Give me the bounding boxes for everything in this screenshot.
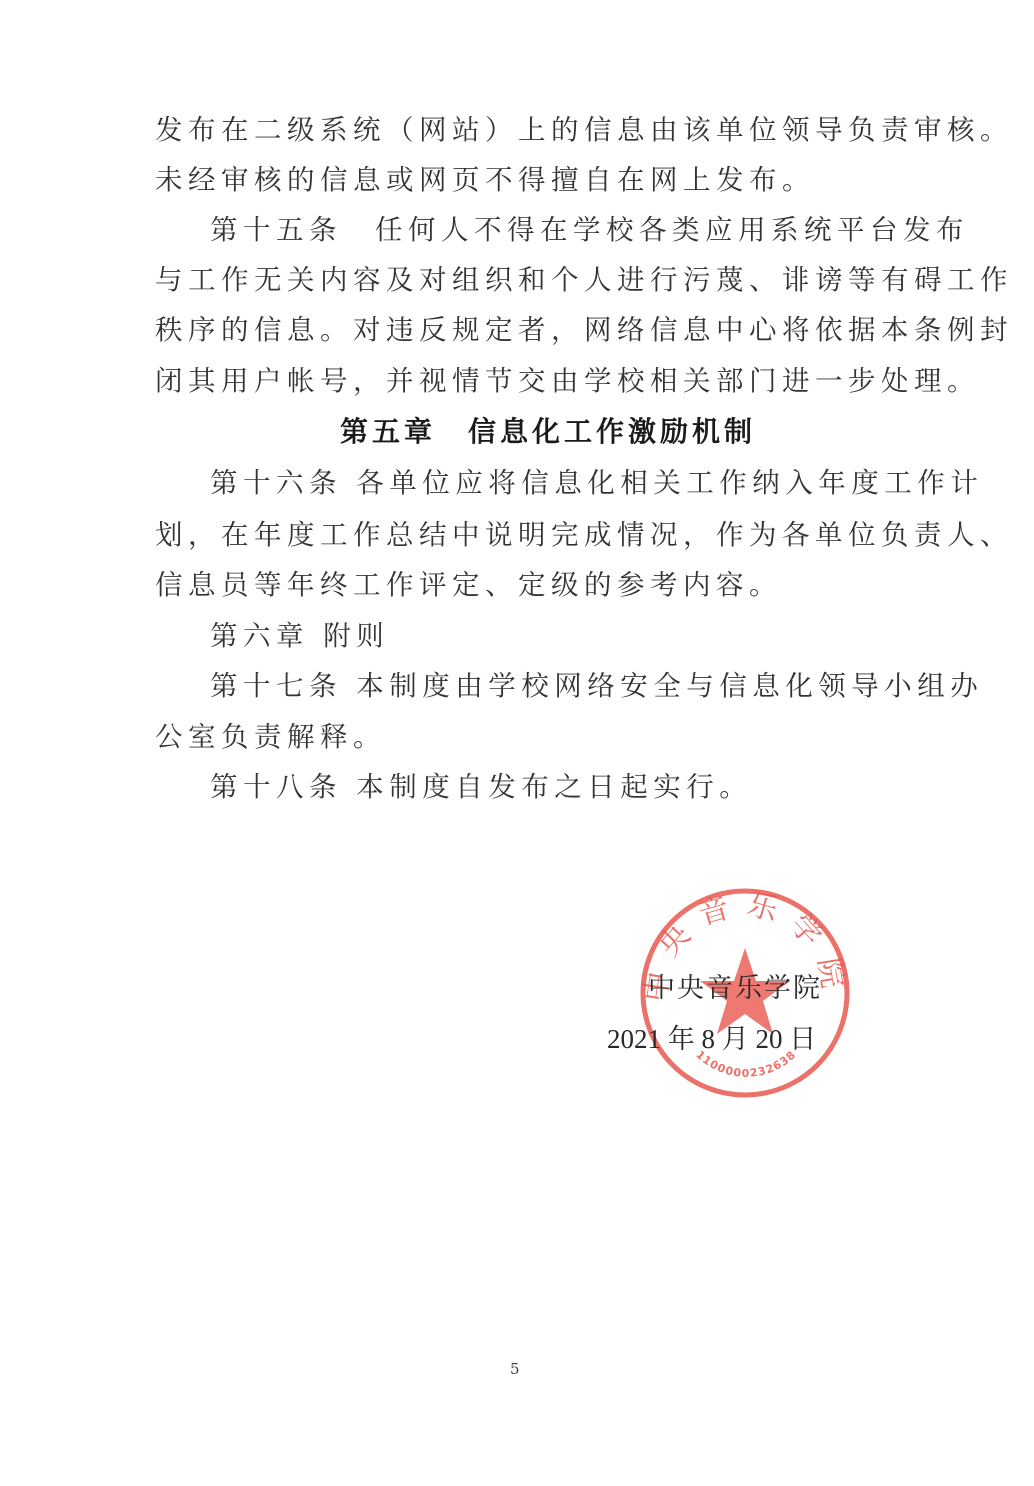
signature-date: 2021 年 8 月 20 日	[607, 1022, 816, 1056]
chapter-5-heading: 第五章 信息化工作激励机制	[340, 415, 756, 449]
article-18-line: 第十八条 本制度自发布之日起实行。	[210, 770, 752, 804]
signature-organization: 中央音乐学院	[648, 972, 822, 1006]
text-line: 秩序的信息。对违反规定者，网络信息中心将依据本条例封	[155, 313, 1013, 347]
chapter-6-heading: 第六章 附则	[210, 619, 389, 653]
article-15-line: 第十五条 任何人不得在学校各类应用系统平台发布	[210, 213, 969, 247]
text-line: 未经审核的信息或网页不得擅自在网上发布。	[155, 163, 815, 197]
article-16-line: 第十六条 各单位应将信息化相关工作纳入年度工作计	[210, 466, 983, 500]
text-line: 划，在年度工作总结中说明完成情况，作为各单位负责人、	[155, 518, 1013, 552]
text-line: 与工作无关内容及对组织和个人进行污蔑、诽谤等有碍工作	[155, 263, 1013, 297]
text-line: 信息员等年终工作评定、定级的参考内容。	[155, 568, 782, 602]
article-17-line: 第十七条 本制度由学校网络安全与信息化领导小组办	[210, 669, 983, 703]
text-line: 发布在二级系统（网站）上的信息由该单位领导负责审核。	[155, 113, 1013, 147]
page-number: 5	[510, 1360, 520, 1378]
text-line: 闭其用户帐号，并视情节交由学校相关部门进一步处理。	[155, 364, 980, 398]
text-line: 公室负责解释。	[155, 720, 386, 754]
